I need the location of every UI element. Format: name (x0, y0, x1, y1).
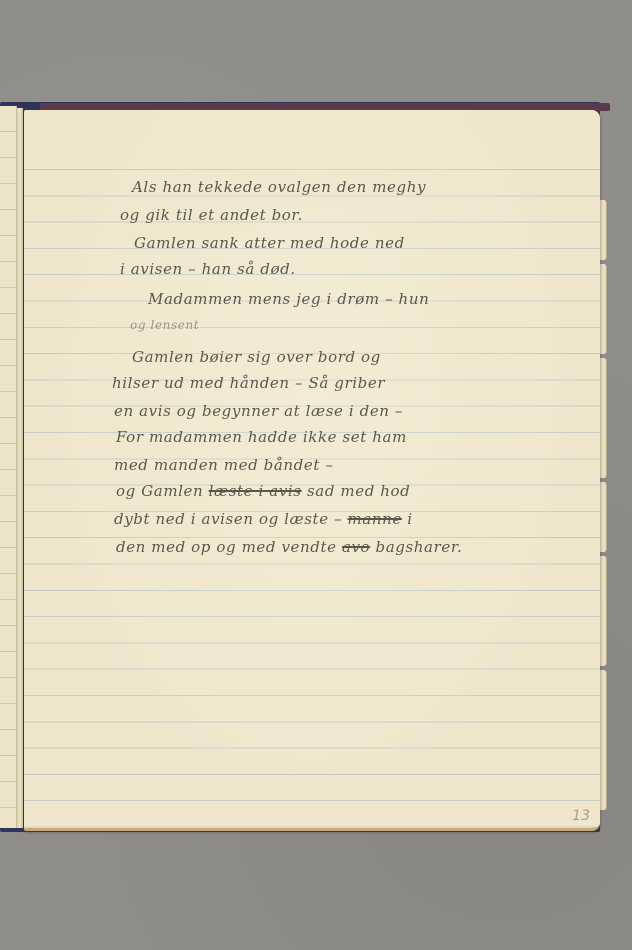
struck-text: avo (342, 538, 370, 556)
handwritten-line-5: Madammen mens jeg i drøm – hun (148, 290, 429, 308)
struck-text: manne (348, 510, 402, 528)
binding-thread (17, 108, 23, 828)
handwritten-line-13: dybt ned i avisen og læste – manne i (114, 510, 413, 528)
handwritten-line-7: Gamlen bøier sig over bord og (132, 348, 381, 366)
handwritten-line-8: hilser ud med hånden – Så griber (112, 374, 385, 392)
notebook-page: Als han tekkede ovalgen den meghy og gik… (24, 110, 600, 831)
handwritten-line-6: og lensent (130, 318, 199, 332)
page-number: 13 (572, 808, 590, 824)
left-page-edge (0, 106, 17, 828)
handwritten-line-14: den med op og med vendte avo bagsharer. (116, 538, 462, 556)
handwritten-line-3: Gamlen sank atter med hode ned (134, 234, 405, 252)
struck-text: læste i avis (209, 482, 302, 500)
handwritten-line-4: i avisen – han så død. (120, 260, 296, 278)
handwritten-line-11: med manden med båndet – (114, 456, 333, 474)
handwritten-line-1: Als han tekkede ovalgen den meghy (132, 178, 426, 196)
handwritten-line-12: og Gamlen læste i avis sad med hod (116, 482, 410, 500)
handwritten-line-10: For madammen hadde ikke set ham (116, 428, 407, 446)
handwritten-line-2: og gik til et andet bor. (120, 206, 303, 224)
handwritten-line-9: en avis og begynner at læse i den – (114, 402, 403, 420)
